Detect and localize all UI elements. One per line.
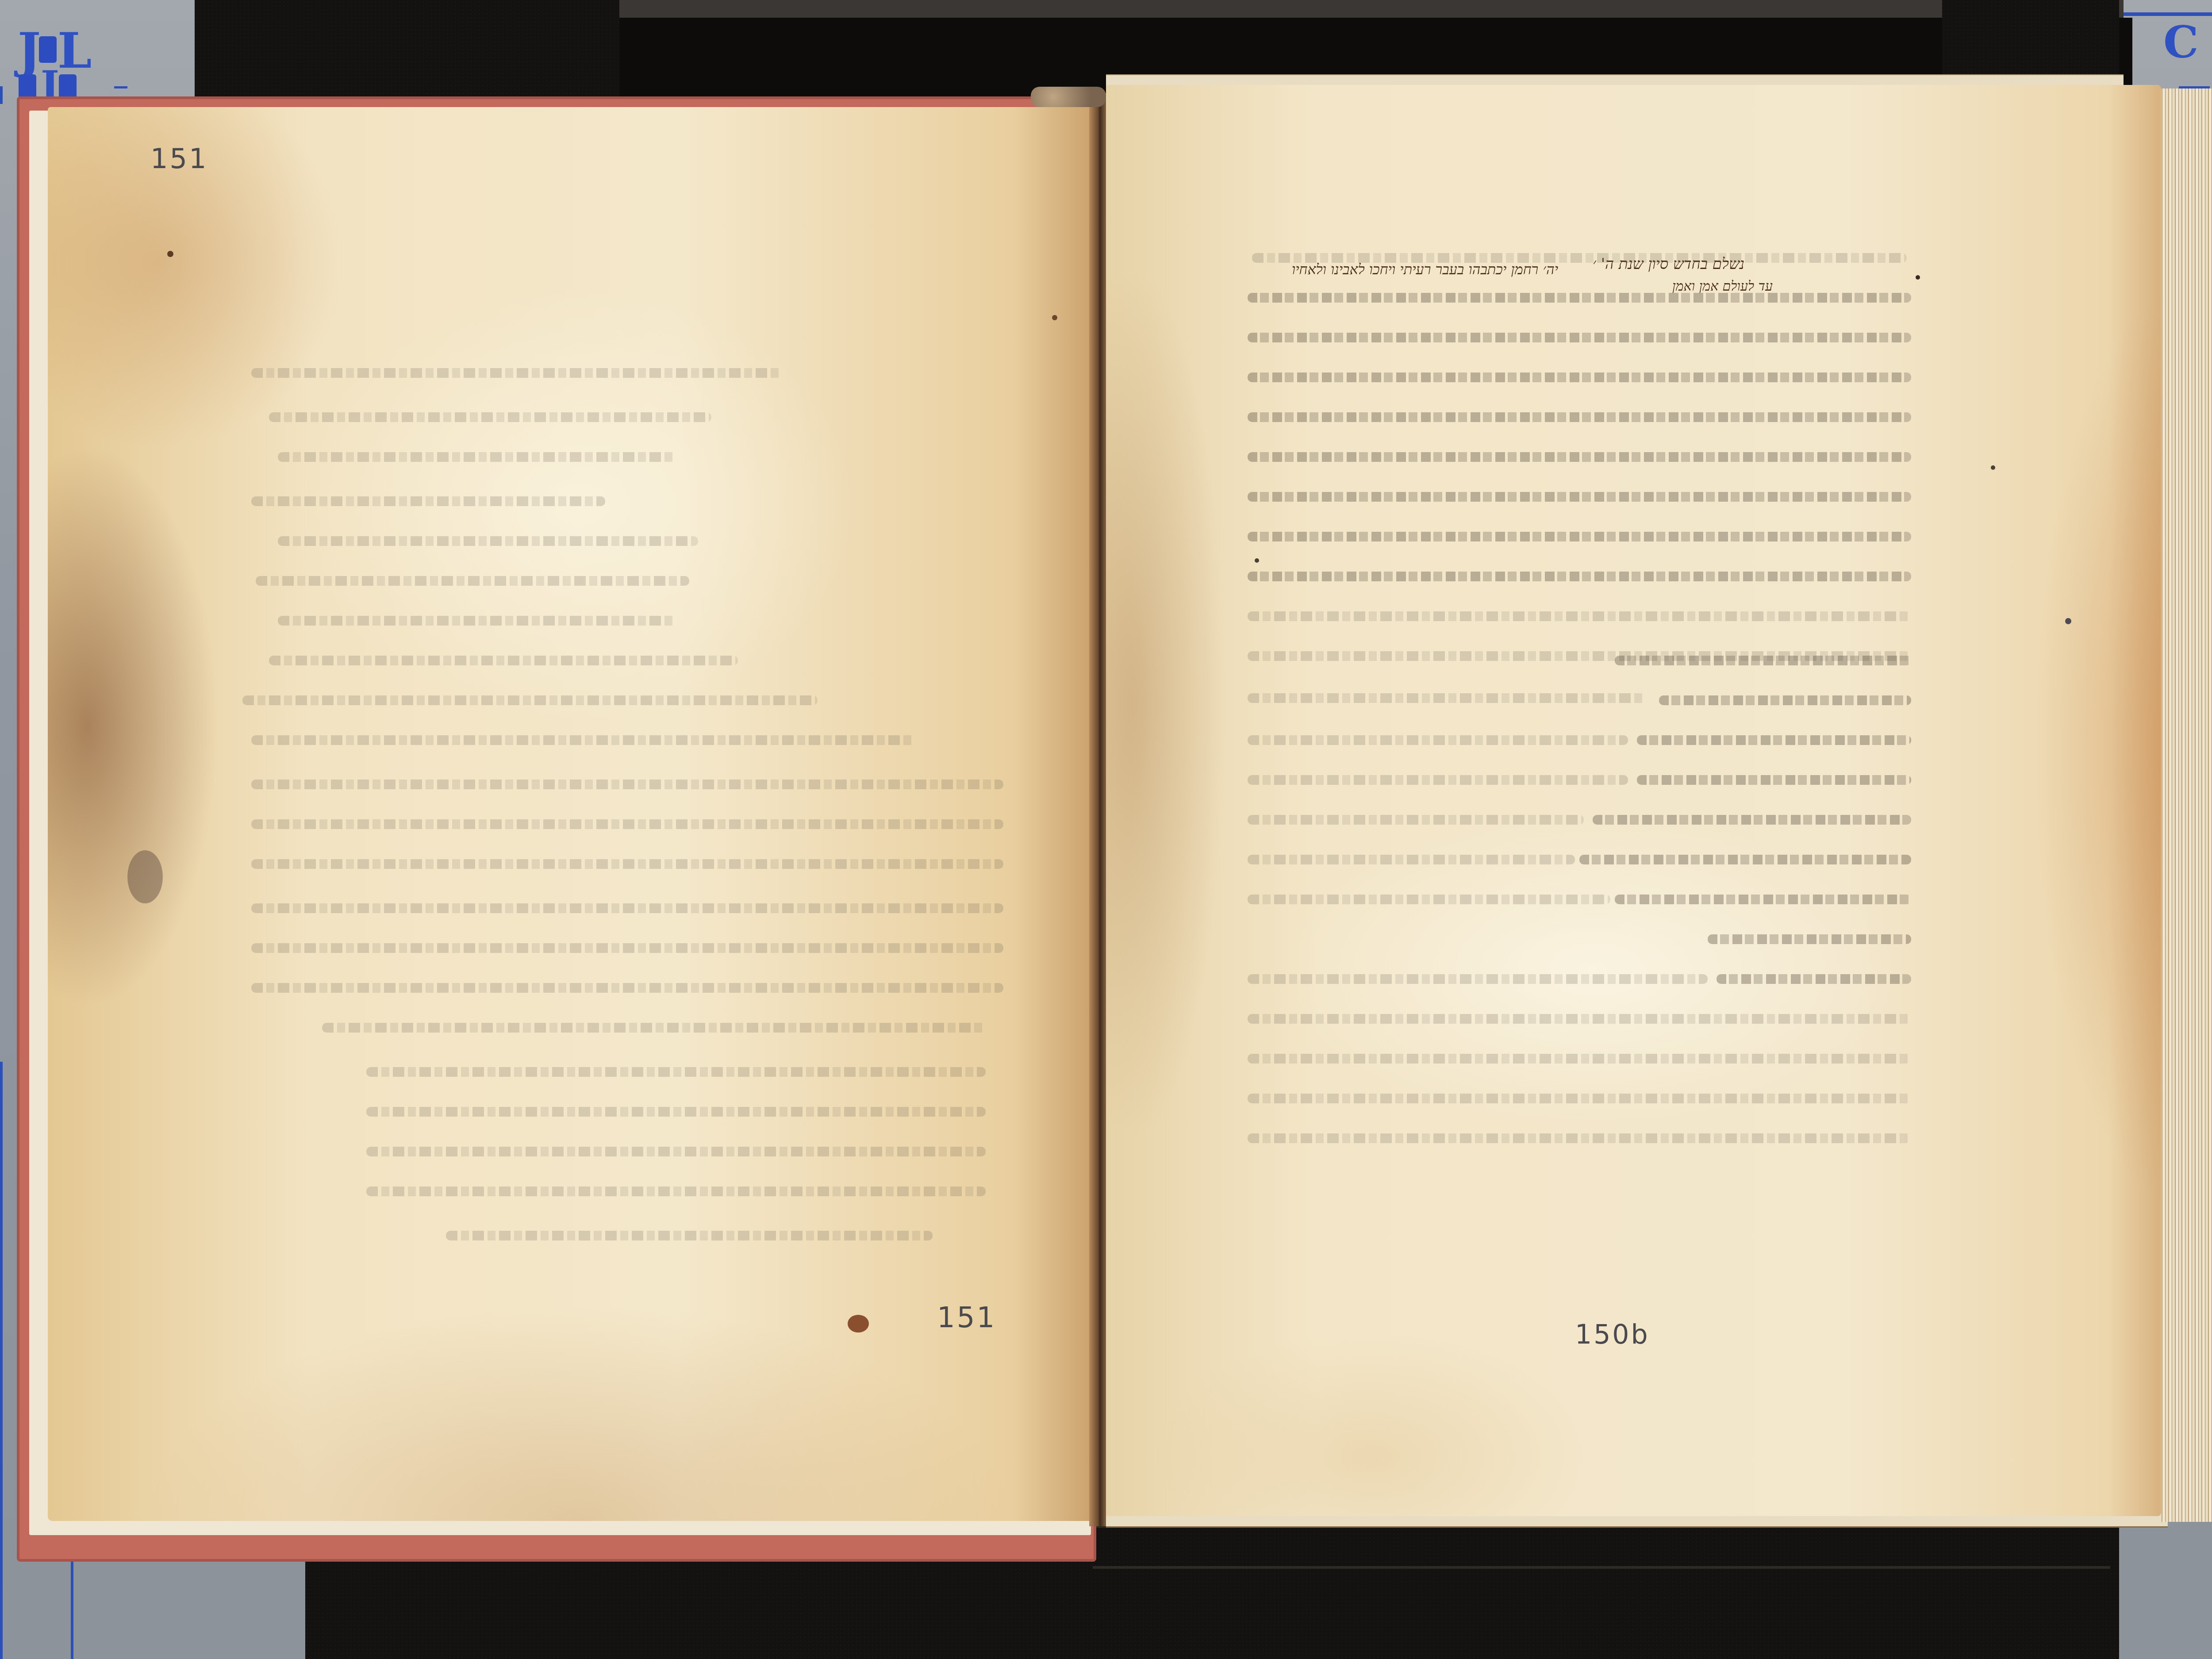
ruler-block <box>39 36 57 63</box>
stain <box>167 251 173 257</box>
board-grid-line <box>71 1562 73 1659</box>
show-through-line <box>1248 775 1628 785</box>
show-through-line <box>1248 333 1911 342</box>
show-through-line <box>278 536 698 546</box>
ink-dot <box>1255 558 1259 563</box>
ruler-line <box>0 86 3 104</box>
ink-dot <box>1991 465 1995 470</box>
show-through-line <box>1593 815 1911 825</box>
cradle-top-right <box>1942 0 2119 80</box>
ruler-line <box>2119 12 2212 16</box>
show-through-line <box>1248 532 1911 541</box>
ruler-glyph-l: L <box>58 27 92 75</box>
folio-number-bottom: 150b <box>1575 1319 1650 1350</box>
colophon-line-2: עד לעולם אמן ואמן <box>1672 279 1773 294</box>
show-through-line <box>1248 974 1708 984</box>
ruler-target-top-left: J L I <box>0 9 128 104</box>
show-through-line <box>1248 452 1911 462</box>
show-through-line <box>1248 693 1646 703</box>
show-through-line <box>242 695 818 705</box>
show-through-line <box>1248 492 1911 502</box>
show-through-line <box>1708 934 1911 944</box>
show-through-line <box>256 576 689 586</box>
show-through-line <box>446 1231 933 1240</box>
show-through-line <box>322 1023 986 1033</box>
ink-dot <box>2065 618 2071 624</box>
show-through-line <box>251 735 915 745</box>
fore-edge <box>2159 88 2212 1522</box>
show-through-line <box>251 368 782 378</box>
show-through-line <box>1579 855 1911 864</box>
show-through-line <box>278 452 676 462</box>
show-through-line <box>1248 1014 1911 1024</box>
show-through-line <box>366 1147 986 1156</box>
show-through-line <box>1717 974 1911 984</box>
show-through-line <box>1248 815 1584 825</box>
board-grid-line <box>0 1062 3 1659</box>
headband <box>1031 87 1106 107</box>
show-through-line <box>1248 895 1610 904</box>
colophon-line-1-left: יה׳ רחמן יכתבהו בעבר רעיתי ויחכו לאבינו … <box>1292 261 1558 278</box>
ink-dot <box>1916 275 1920 280</box>
show-through-line <box>1248 735 1628 745</box>
right-page: נשלם בחדש סיון שנת ה' ׳ יה׳ רחמן יכתבהו … <box>1106 85 2161 1516</box>
show-through-line <box>1248 293 1911 303</box>
cradle-top-left <box>195 0 619 102</box>
folio-number-top: 151 <box>150 142 208 175</box>
show-through-line <box>251 496 605 506</box>
show-through-line <box>251 983 1003 993</box>
show-through-line <box>251 943 1003 953</box>
show-through-line <box>269 412 711 422</box>
show-through-line <box>269 656 738 665</box>
ruler-glyph-j: J <box>18 27 41 75</box>
show-through-line <box>1637 775 1911 785</box>
left-page: 151 151 <box>48 107 1096 1521</box>
show-through-line <box>251 859 1003 869</box>
show-through-line <box>1615 656 1911 665</box>
stain <box>127 850 163 903</box>
show-through-line <box>366 1067 986 1077</box>
show-through-line <box>1248 611 1911 621</box>
show-through-line <box>251 780 1003 789</box>
show-through-line <box>1248 1094 1911 1103</box>
ruler-glyph-c: C <box>2163 18 2199 66</box>
show-through-line <box>251 819 1003 829</box>
show-through-line <box>366 1107 986 1117</box>
show-through-line <box>1248 412 1911 422</box>
show-through-line <box>1659 695 1911 705</box>
show-through-line <box>1248 855 1575 864</box>
show-through-line <box>278 616 676 626</box>
show-through-line <box>366 1187 986 1196</box>
show-through-line <box>1615 895 1911 904</box>
show-through-line <box>1248 373 1911 382</box>
ruler-line <box>114 86 127 88</box>
folio-number-bottom: 151 <box>937 1302 996 1334</box>
cradle-bottom-seam <box>1093 1566 2110 1569</box>
show-through-line <box>251 903 1003 913</box>
stain <box>848 1315 869 1333</box>
show-through-line <box>1248 572 1911 581</box>
show-through-line <box>1248 1054 1911 1064</box>
stain <box>1052 315 1057 320</box>
show-through-line <box>1248 1133 1911 1143</box>
cradle-top-edge <box>619 0 2124 18</box>
show-through-line <box>1637 735 1911 745</box>
show-through-line <box>1252 253 1907 263</box>
